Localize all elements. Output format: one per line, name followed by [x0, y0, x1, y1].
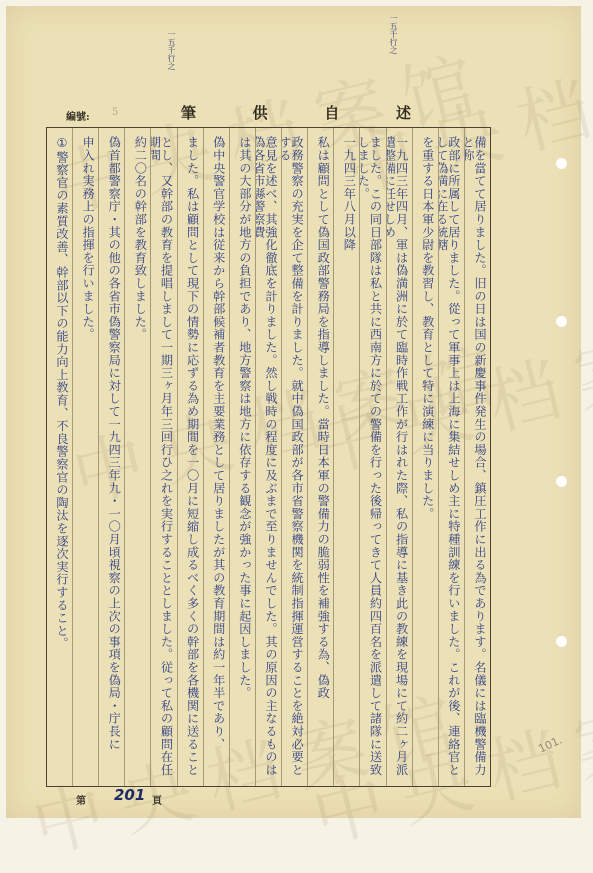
writing-grid: 備を當てて居りました。旧の日は国の新慶事件発生の場合、鎮圧工作に出る為であります… [46, 127, 491, 787]
text-column: ①警察官の素質改善、幹部以下の能力向上教育、不良警察官の陶汰を逐次実行すること。 [47, 128, 72, 786]
text-column: 一九四三年八月以降 [333, 128, 359, 786]
text-column: 申入れ実務上の指揮を行いました。 [72, 128, 98, 786]
text-column: ました。私は顧問として現下の情勢に応ずる為め期間を一〇月に短縮し成るべく多くの幹… [177, 128, 203, 786]
side-annotation: 101. [536, 733, 564, 755]
text-column: 偽首都警察庁・其の他の各省市偽警察局に対して一九四三年九・一〇月頃視察の上次の事… [98, 128, 124, 786]
title-char: 自 [324, 102, 339, 123]
text-column: を重する日本軍少尉を教習し、教育として特に演練に当りました。 [412, 128, 438, 786]
punch-hole [556, 476, 567, 487]
text-column: 備を當てて居りました。旧の日は国の新慶事件発生の場合、鎮圧工作に出る為であります… [464, 128, 490, 786]
document-title: 筆 供 自 述 [181, 102, 411, 123]
punch-hole [556, 316, 567, 327]
text-column: 偽中央警官学校は従来から幹部候補者教育を主要業務として居りましたが其の教育期間は… [203, 128, 229, 786]
text-column: 意見を述べ、其強化徹底を計りました。然し戦時の程度に及ぶまで至りませんでした。其… [255, 128, 281, 786]
punch-hole [556, 158, 567, 169]
title-char: 供 [253, 102, 268, 123]
text-column: 私は顧問として偽国政部警務局を指導しました。當時日本軍の警備力の脆弱性を補強する… [307, 128, 333, 786]
text-column: 政部に所属して居りました。從って軍事上は上海に集結せしめ主に特種訓練を行いました… [438, 128, 464, 786]
punch-hole [556, 636, 567, 647]
top-annotation-left: 一五千行之 [166, 30, 177, 70]
page-label-suffix: 頁 [152, 792, 162, 807]
title-char: 筆 [181, 102, 196, 123]
text-column: とし、又幹部の教育を提唱しまして一期三ヶ月年三回行ひ之れを実行することとしました… [150, 128, 176, 786]
text-column: 政務警察の充実を企て整備を計りました。就中偽国政部が各市省警察機関を統制指揮運営… [281, 128, 307, 786]
title-char: 述 [396, 102, 411, 123]
serial-number-label: 編號: [66, 108, 90, 123]
page-label-prefix: 第 [76, 792, 86, 807]
serial-number-value: 5 [112, 107, 118, 118]
text-column: 一九四三年四月、軍は偽満洲に於て臨時作戦工作が行はれた際、私の指導に基き此の教練… [386, 128, 412, 786]
document-page: 中央档案馆 中央档案馆 中央档案馆 中央档案馆 中央档案馆 中央档案馆 一五千行… [6, 6, 581, 818]
page-number: 201 [114, 786, 145, 804]
top-annotation-right: 一五千行之 [388, 14, 399, 54]
text-column: ました。この同日部隊は私と共に西南方に於ての警備を行った後帰ってきて人員約四百名… [359, 128, 385, 786]
text-column: 約二〇名の幹部を教育致しました。 [124, 128, 150, 786]
text-column: は其の大部分が地方の負担であり、地方警察は地方に依存する観念が強かった事に起因し… [229, 128, 255, 786]
